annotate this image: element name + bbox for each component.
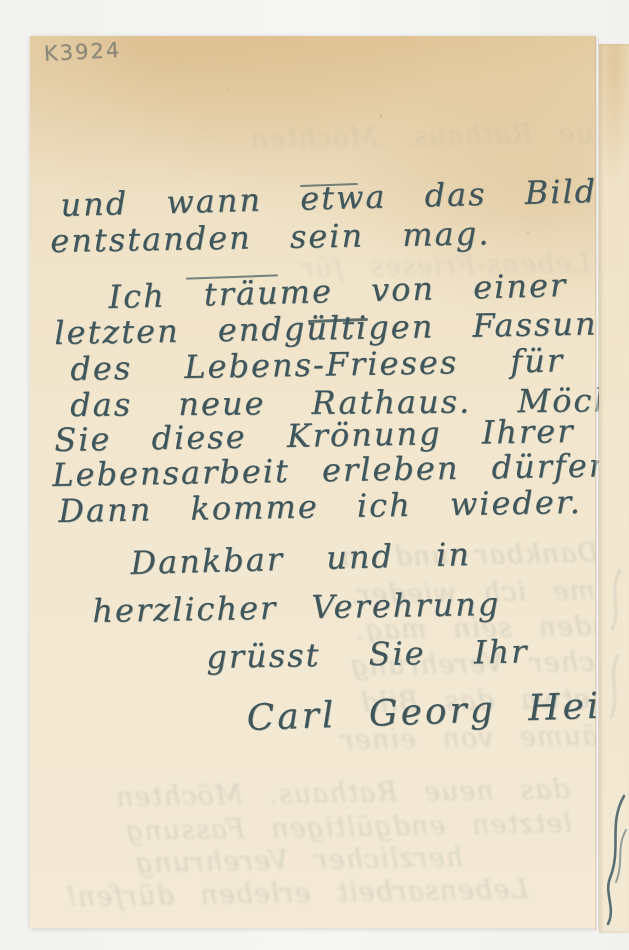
adjacent-page-edge <box>599 44 629 933</box>
fold-line <box>595 38 599 931</box>
inventory-number-pencil: K3924 <box>43 38 121 66</box>
letter-line: entstanden sein mag. <box>50 214 491 260</box>
scanned-letter-page: { "scan": { "inventory_number": "K3924" … <box>0 0 629 950</box>
closing-line: grüsst Sie Ihr <box>206 632 529 676</box>
closing-line: herzlicher Verehrung <box>92 585 501 630</box>
